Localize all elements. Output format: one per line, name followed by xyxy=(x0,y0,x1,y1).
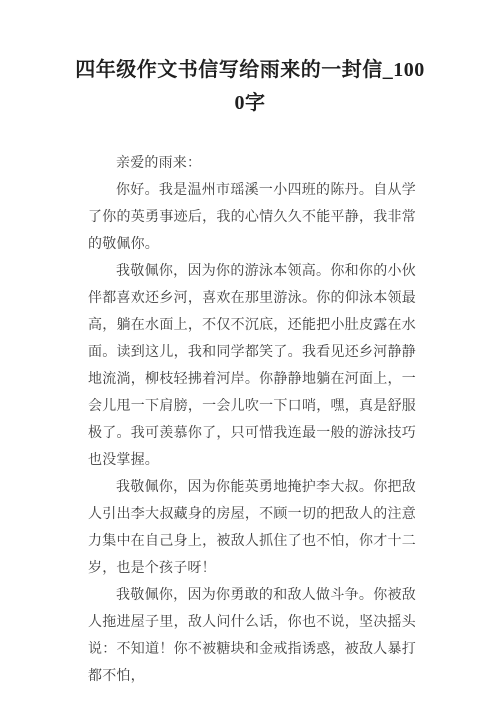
letter-paragraph: 你好。我是温州市瑶溪一小四班的陈丹。自从学了你的英勇事迹后，我的心情久久不能平静… xyxy=(88,177,416,258)
letter-paragraph: 我敬佩你，因为你的游泳本领高。你和你的小伙伴都喜欢还乡河，喜欢在那里游泳。你的仰… xyxy=(88,258,416,474)
letter-salutation: 亲爱的雨来： xyxy=(88,150,416,177)
letter-body: 亲爱的雨来： 你好。我是温州市瑶溪一小四班的陈丹。自从学了你的英勇事迹后，我的心… xyxy=(88,150,416,690)
letter-paragraph: 我敬佩你，因为你能英勇地掩护李大叔。你把敌人引出李大叔藏身的房屋，不顾一切的把敌… xyxy=(88,474,416,582)
document-title: 四年级作文书信写给雨来的一封信_1000字 xyxy=(74,54,426,120)
document-page: 四年级作文书信写给雨来的一封信_1000字 亲爱的雨来： 你好。我是温州市瑶溪一… xyxy=(0,0,500,708)
letter-paragraph: 我敬佩你，因为你勇敢的和敌人做斗争。你被敌人拖进屋子里，敌人问什么话，你也不说，… xyxy=(88,582,416,690)
